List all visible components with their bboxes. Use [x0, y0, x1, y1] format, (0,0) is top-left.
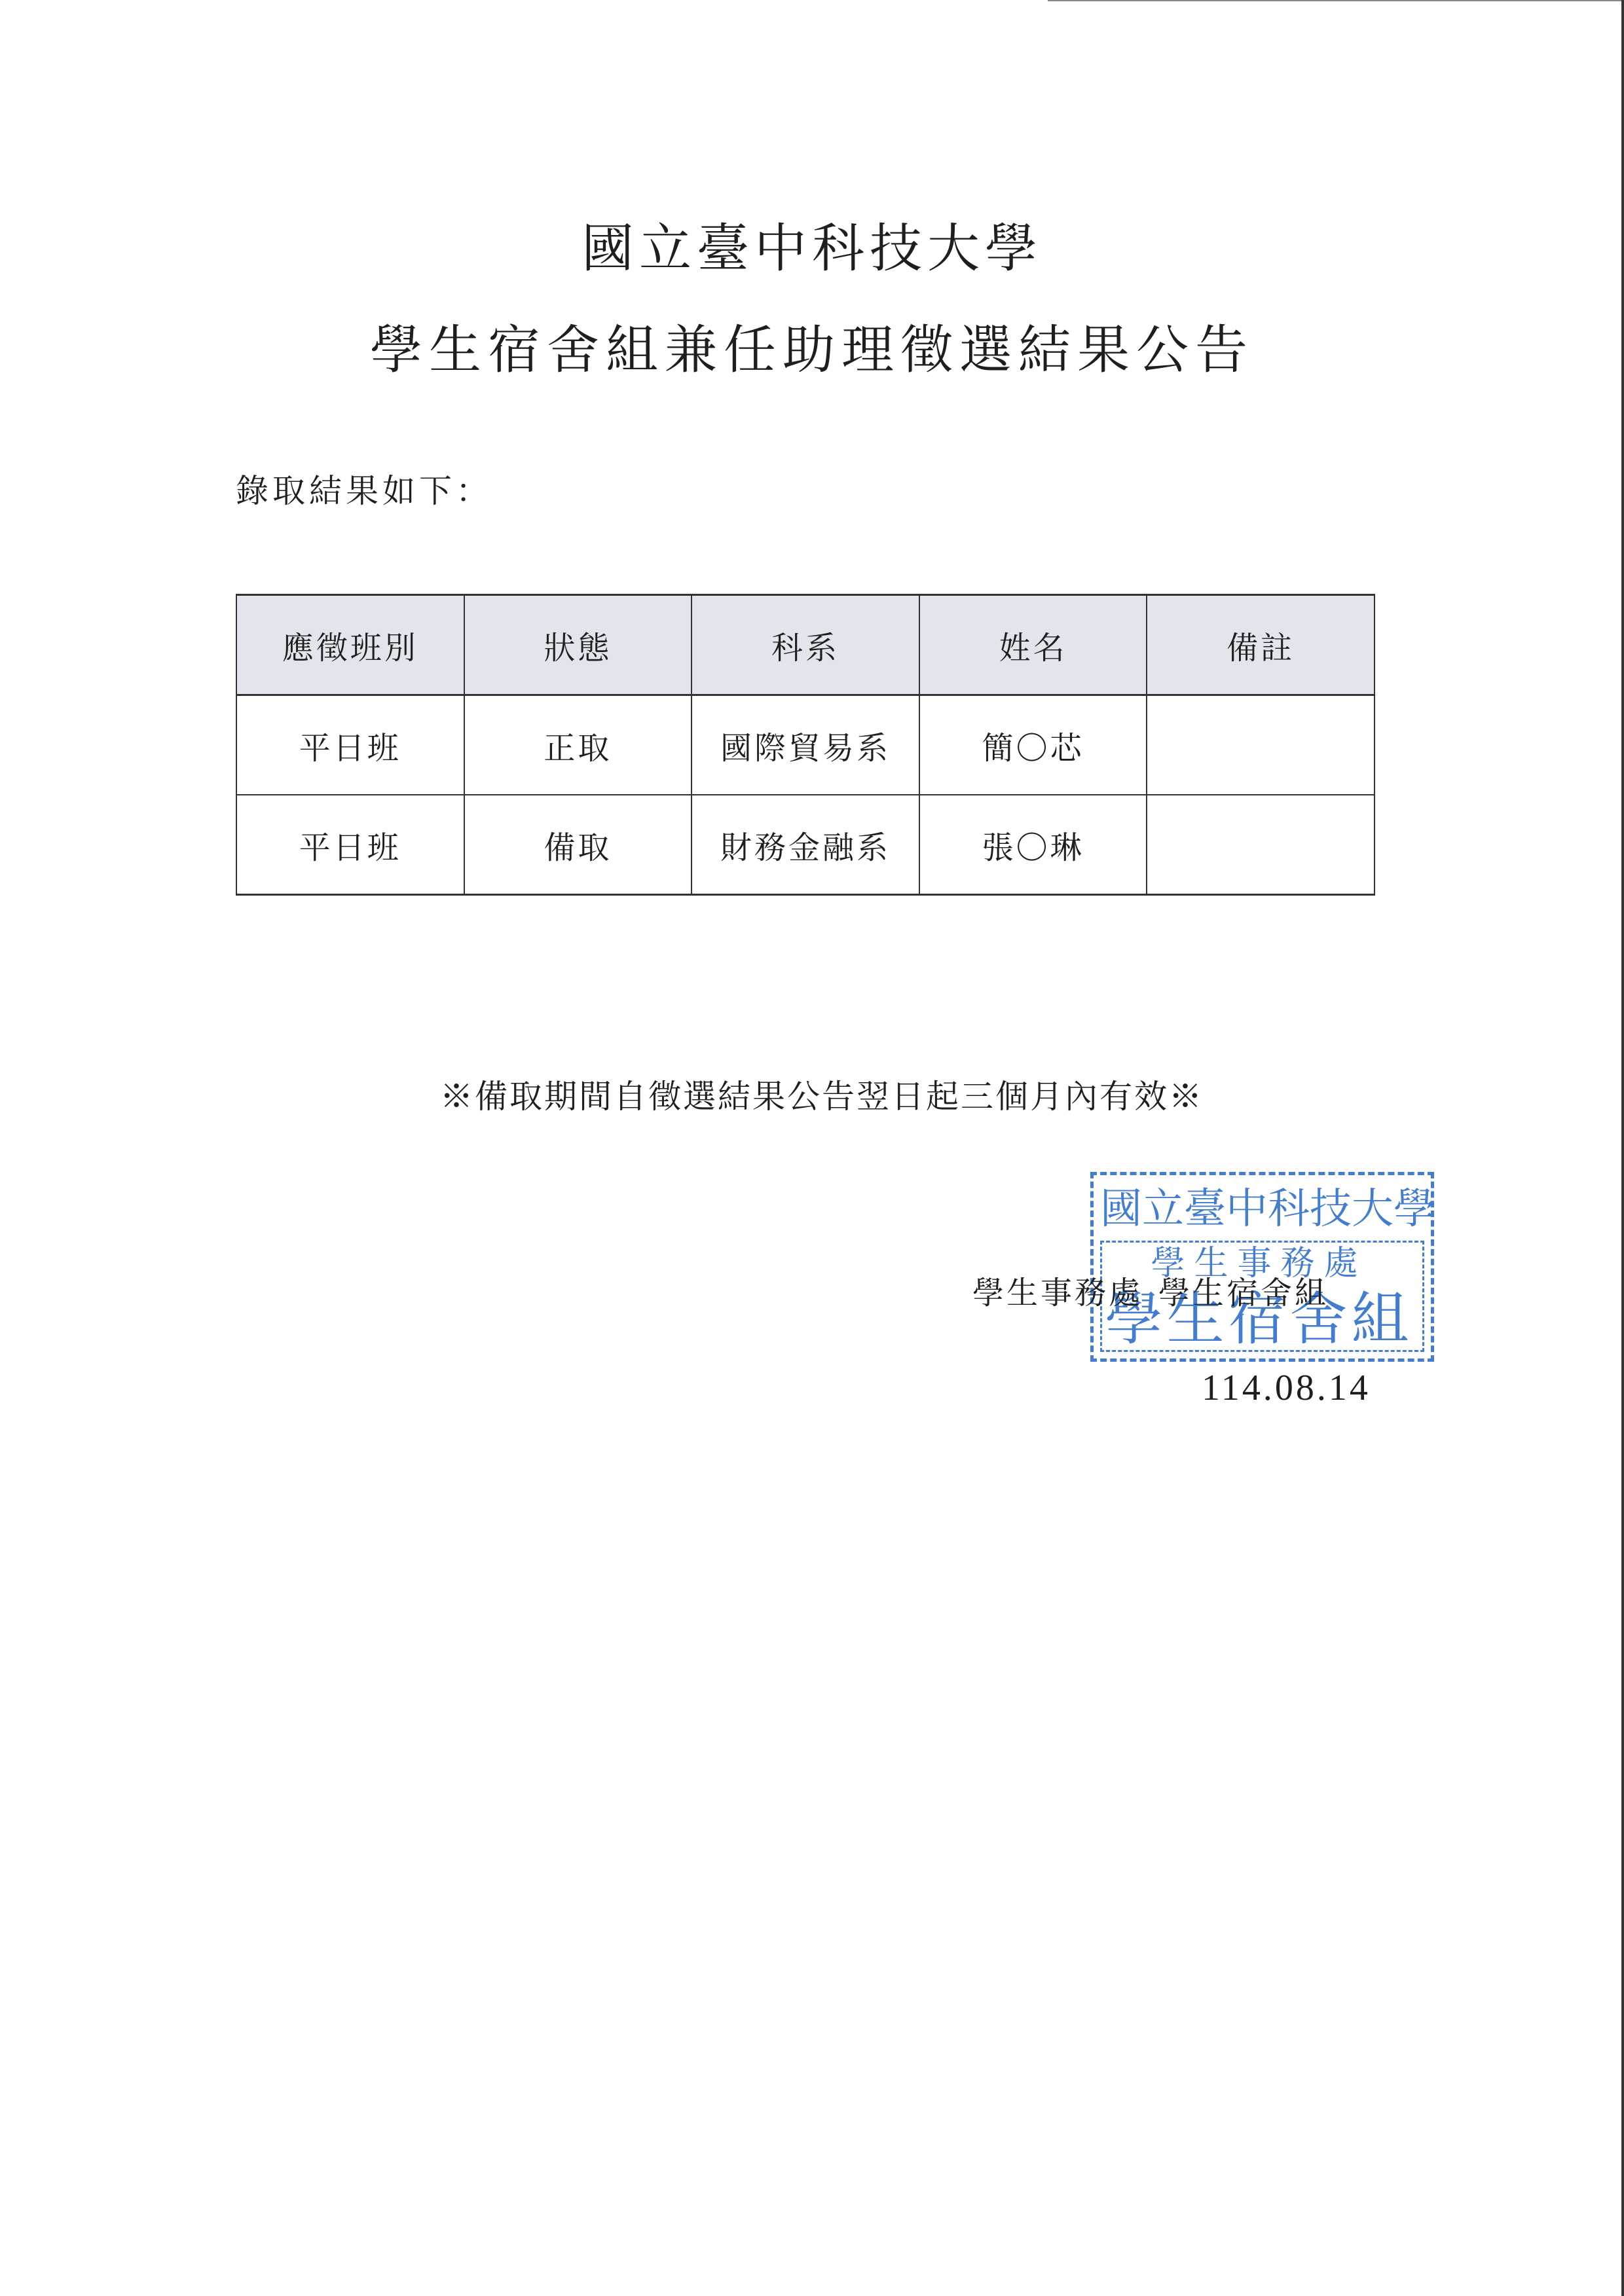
header-class-type: 應徵班別 — [236, 595, 464, 695]
scan-edge-top — [1048, 0, 1624, 1]
table-header-row: 應徵班別 狀態 科系 姓名 備註 — [236, 595, 1375, 695]
announcement-title: 學生宿舍組兼任助理徵選結果公告 — [0, 318, 1624, 383]
stamp-university-name: 國立臺中科技大學 — [1100, 1183, 1428, 1235]
header-status: 狀態 — [464, 595, 692, 695]
validity-note: ※備取期間自徵選結果公告翌日起三個月內有效※ — [0, 1074, 1624, 1120]
cell-name: 張〇琳 — [919, 795, 1147, 895]
issue-date: 114.08.14 — [1202, 1365, 1371, 1411]
cell-status: 正取 — [464, 695, 692, 795]
header-remarks: 備註 — [1147, 595, 1375, 695]
cell-remarks — [1147, 795, 1375, 895]
intro-text: 錄取結果如下： — [236, 468, 492, 514]
cell-class-type: 平日班 — [236, 795, 464, 895]
table-row: 平日班 正取 國際貿易系 簡〇芯 — [236, 695, 1375, 795]
issuer-signature: 學生事務處學生宿舍組 — [972, 1270, 1329, 1316]
cell-name: 簡〇芯 — [919, 695, 1147, 795]
header-name: 姓名 — [919, 595, 1147, 695]
cell-department: 國際貿易系 — [692, 695, 919, 795]
cell-status: 備取 — [464, 795, 692, 895]
header-department: 科系 — [692, 595, 919, 695]
issuer-unit: 學生宿舍組 — [1158, 1275, 1329, 1311]
table-row: 平日班 備取 財務金融系 張〇琳 — [236, 795, 1375, 895]
cell-department: 財務金融系 — [692, 795, 919, 895]
university-title: 國立臺中科技大學 — [0, 216, 1624, 282]
issuer-office: 學生事務處 — [972, 1275, 1143, 1311]
results-table: 應徵班別 狀態 科系 姓名 備註 平日班 正取 國際貿易系 簡〇芯 平日班 備取… — [236, 594, 1375, 896]
official-seal-stamp: 國立臺中科技大學 學生事務處 學生宿舍組 — [1090, 1172, 1434, 1362]
cell-remarks — [1147, 695, 1375, 795]
cell-class-type: 平日班 — [236, 695, 464, 795]
